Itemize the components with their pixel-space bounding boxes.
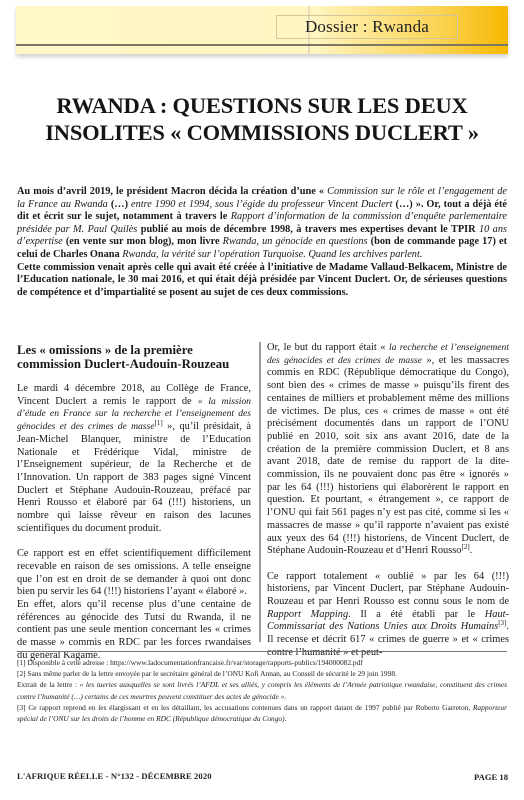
footnote-text: Extrait de la lettre : <box>17 680 80 689</box>
section-subheading: Les « omissions » de la première commiss… <box>17 344 251 371</box>
article-title-line-1: RWANDA : QUESTIONS SUR LES DEUX <box>0 92 524 119</box>
intro-paragraph-1: Au mois d’avril 2019, le président Macro… <box>17 186 507 262</box>
header-rule <box>16 44 508 46</box>
right-paragraph-1: Or, le but du rapport était « la recherc… <box>267 342 509 558</box>
left-paragraph-2: Ce rapport est en effet scientifiquement… <box>17 548 251 599</box>
body-text: . <box>470 545 473 556</box>
publication-footer: L'AFRIQUE RÉELLE - N°132 - DÉCEMBRE 2020 <box>17 771 212 781</box>
left-column: Les « omissions » de la première commiss… <box>17 344 251 662</box>
left-paragraph-1: Le mardi 4 décembre 2018, au Collège de … <box>17 383 251 535</box>
body-italic: Rapport Mapping <box>267 609 348 620</box>
intro-italic: entre 1990 et 1994, sous l’égide du prof… <box>131 199 393 210</box>
column-divider <box>259 342 261 642</box>
body-text: Ce rapport totalement « oublié » par les… <box>267 571 509 607</box>
footnote-3: [3] Ce rapport reprend en les élargissan… <box>17 702 507 724</box>
page-number: PAGE 18 <box>474 772 508 782</box>
intro-text: (en vente sur mon blog), mon livre <box>63 236 223 247</box>
intro-paragraph-2: Cette commission venait après celle qui … <box>17 262 507 300</box>
body-text: », et les massacres commis en RDC (Répub… <box>267 355 509 557</box>
right-paragraph-2: Ce rapport totalement « oublié » par les… <box>267 571 509 660</box>
intro-text: publié au mois de décembre 1998, à trave… <box>137 224 479 235</box>
body-text: Or, le but du rapport était « <box>267 342 389 353</box>
section-label: Dossier : Rwanda <box>276 15 458 39</box>
footnote-1: [1] Disponible à cette adresse : https:/… <box>17 657 507 668</box>
intro-lead: Au mois d’avril 2019, le président Macro… <box>17 186 507 299</box>
body-text: », qu’il présidait, à Jean-Michel Blanqu… <box>17 421 251 534</box>
footnote-ref-2[interactable]: [2] <box>462 543 470 551</box>
footnote-text: [3] Ce rapport reprend en les élargissan… <box>17 703 473 712</box>
article-title: RWANDA : QUESTIONS SUR LES DEUX INSOLITE… <box>0 92 524 146</box>
right-column: Or, le but du rapport était « la recherc… <box>265 342 509 660</box>
footnote-text: [2] Sans même parler de la lettre envoyé… <box>17 669 397 678</box>
footnote-2: [2] Sans même parler de la lettre envoyé… <box>17 668 507 702</box>
paragraph-gap <box>267 558 509 571</box>
body-text: . Il a été établi par le <box>348 609 485 620</box>
article-title-line-2: INSOLITES « COMMISSIONS DUCLERT » <box>0 119 524 146</box>
left-paragraph-3: En effet, alors qu’il recense plus d’une… <box>17 599 251 663</box>
footnote-quote: « les tueries auxquelles se sont livrés … <box>17 680 507 700</box>
intro-italic: Rwanda, la vérité sur l’opération Turquo… <box>122 249 422 260</box>
footnote-ref-1[interactable]: [1] <box>155 419 163 427</box>
intro-text: Au mois d’avril 2019, le président Macro… <box>17 186 327 197</box>
footnotes: [1] Disponible à cette adresse : https:/… <box>17 657 507 724</box>
intro-italic: Rwanda, un génocide en questions <box>223 236 368 247</box>
paragraph-gap <box>17 535 251 548</box>
footnote-rule <box>17 651 507 652</box>
intro-text: (…) <box>108 199 131 210</box>
